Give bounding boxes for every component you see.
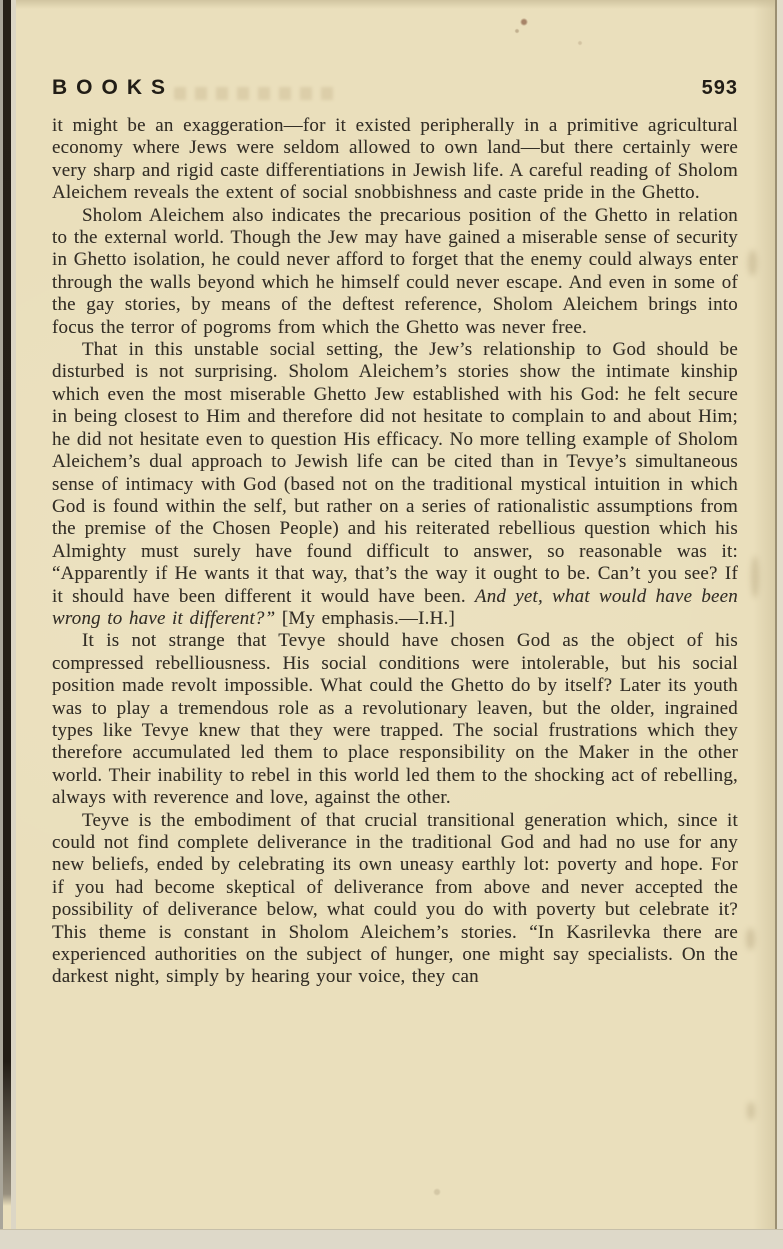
bleed-through-smudge <box>746 928 755 950</box>
page-edge-highlight <box>11 0 16 1249</box>
page-bottom-edge <box>0 1229 783 1249</box>
running-head-title: BOOKS <box>52 76 174 100</box>
editor-note: [My emphasis.—I.H.] <box>275 608 455 629</box>
bleed-through-smudge <box>748 250 757 276</box>
paragraph-with-emphasis: That in this unstable social setting, th… <box>52 339 738 630</box>
page-number: 593 <box>702 77 738 100</box>
bleed-through-smudge <box>751 556 759 598</box>
paragraph: Sholom Aleichem also indicates the preca… <box>52 205 738 339</box>
page-header: BOOKS 593 <box>52 0 738 100</box>
paragraph: It is not strange that Tevye should have… <box>52 630 738 809</box>
page-content: BOOKS 593 it might be an exaggeration—fo… <box>52 0 738 989</box>
page-right-shading <box>753 0 775 1249</box>
scan-right-margin <box>777 0 783 1249</box>
paragraph-text: That in this unstable social setting, th… <box>52 339 738 606</box>
scanned-book-page: BOOKS 593 it might be an exaggeration—fo… <box>0 0 783 1249</box>
paragraph: Teyve is the embodiment of that crucial … <box>52 810 738 989</box>
bleed-through-smudge <box>747 1102 755 1120</box>
article-body: it might be an exaggeration—for it exist… <box>52 115 738 989</box>
book-binding-shadow <box>3 0 11 1206</box>
paragraph-continuation: it might be an exaggeration—for it exist… <box>52 115 738 205</box>
